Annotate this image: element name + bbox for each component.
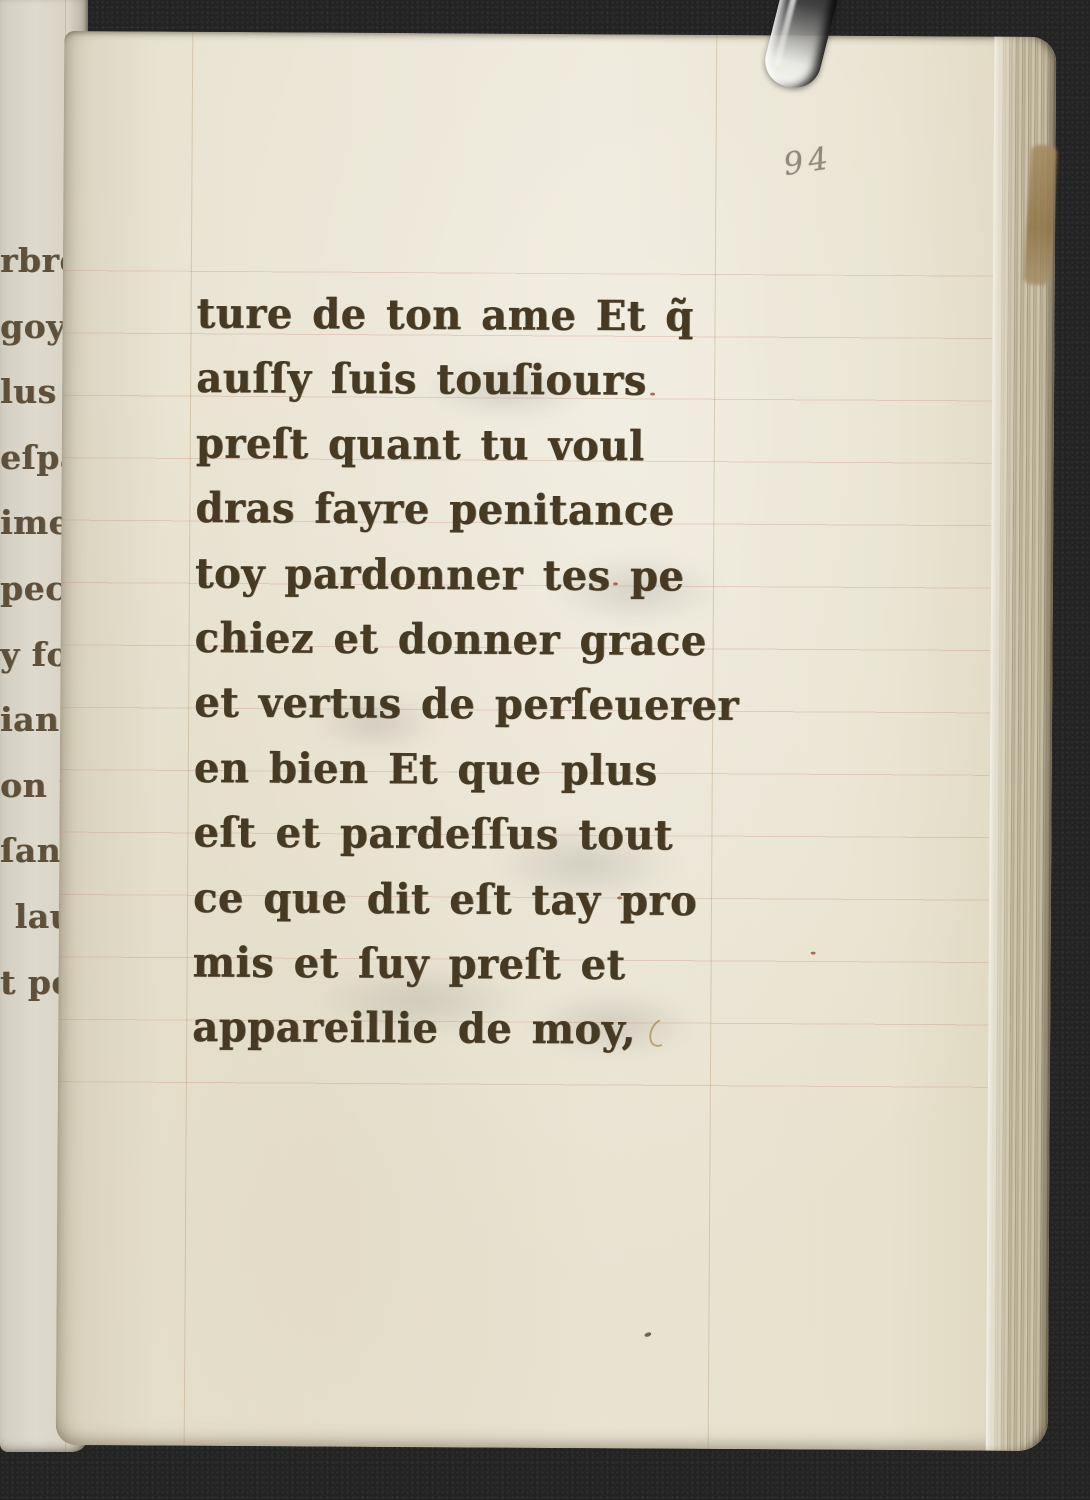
script-line: ture de ton ame Et q̃ — [196, 282, 836, 351]
script-line: appareillie de moy, — [192, 996, 832, 1065]
manuscript-page: 94 ture de ton ame Et q̃ auſſy ſuis touſ… — [56, 31, 1057, 1451]
red-ink-speck — [650, 393, 655, 396]
script-line: en bien Et que plus — [194, 736, 834, 805]
left-margin-ruling — [184, 32, 194, 1446]
manuscript-photo: rbre goyſeu lus tay eſpar iment pechie: … — [0, 0, 1090, 1500]
script-line: ce que dit eſt tay pro — [193, 866, 833, 935]
fore-edge-page-stack — [986, 37, 1057, 1451]
script-line: eſt et pardeſſus tout — [193, 801, 833, 870]
red-ink-speck — [617, 896, 622, 899]
text-block: ture de ton ame Et q̃ auſſy ſuis touſiou… — [192, 282, 837, 1065]
script-line: toy pardonner tes pe — [195, 541, 835, 610]
red-ink-speck — [613, 582, 618, 585]
script-line: mis et ſuy preſt et — [192, 931, 832, 1000]
script-line: auſſy ſuis touſiours — [196, 347, 836, 416]
dark-speck — [644, 1332, 652, 1338]
script-line: dras fayre penitance — [195, 476, 835, 545]
red-ink-speck — [811, 952, 816, 955]
script-line: chiez et donner grace — [194, 606, 834, 675]
script-line: preſt quant tu voul — [196, 412, 836, 481]
fore-edge-rough-patch — [1023, 144, 1057, 285]
folio-number: 94 — [781, 140, 835, 183]
script-line: et vertus de perſeuerer — [194, 671, 834, 740]
